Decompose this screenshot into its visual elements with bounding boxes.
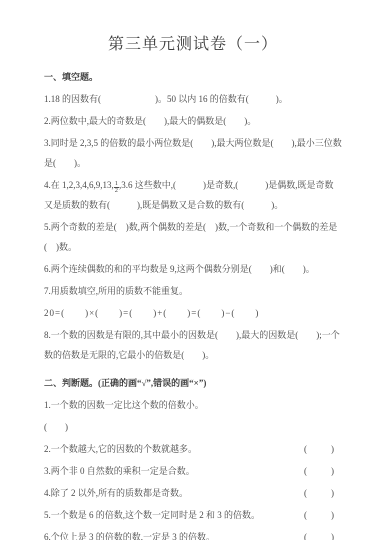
judge-item-1: 1.一个数的因数一定比这个数的倍数小。: [44, 395, 342, 415]
judge-answer-blank: ( ): [304, 461, 342, 481]
fill-item-4-pre: 4.在 1,2,3,4,6,9,13,: [44, 180, 114, 190]
section-judge-heading: 二、判断题。(正确的画“√”,错误的画“×”): [44, 373, 342, 393]
judge-answer-blank: ( ): [304, 439, 342, 459]
judge-item-text: 5.一个数是 6 的倍数,这个数一定同时是 2 和 3 的倍数。: [44, 505, 260, 525]
fill-item-8: 8.一个数的因数是有限的,其中最小的因数是( ),最大的因数是( );一个数的倍…: [44, 325, 342, 365]
page-content: 第三单元测试卷（一） 一、填空题。 1.18 的因数有( )。50 以内 16 …: [0, 0, 382, 540]
page-title: 第三单元测试卷（一）: [44, 36, 342, 54]
fill-item-3: 3.同时是 2,3,5 的倍数的最小两位数是( ),最大两位数是( ),最小三位…: [44, 133, 342, 173]
judge-item-2: 2.一个数越大,它的因数的个数就越多。( ): [44, 439, 342, 459]
fill-item-7: 7.用质数填空,所用的质数不能重复。: [44, 281, 342, 301]
judge-item-6: 6.个位上是 3 的倍数的数,一定是 3 的倍数。( ): [44, 527, 342, 540]
judge-item-3: 3.两个非 0 自然数的乘积一定是合数。( ): [44, 461, 342, 481]
judge-item-text: 2.一个数越大,它的因数的个数就越多。: [44, 439, 197, 459]
fill-item-6: 6.两个连续偶数的和的平均数是 9,这两个偶数分别是( )和( )。: [44, 259, 342, 279]
fill-item-4: 4.在 1,2,3,4,6,9,13,12,3.6 这些数中,( )是奇数,( …: [44, 175, 342, 215]
fill-item-5: 5.两个奇数的差是( )数,两个偶数的差是( )数,一个奇数和一个偶数的差是( …: [44, 217, 342, 257]
judge-item-text: 3.两个非 0 自然数的乘积一定是合数。: [44, 461, 195, 481]
judge-answer-blank: ( ): [304, 527, 342, 540]
judge-answer-blank: ( ): [304, 505, 342, 525]
judge-item-5: 5.一个数是 6 的倍数,这个数一定同时是 2 和 3 的倍数。( ): [44, 505, 342, 525]
judge-item-1-answer: ( ): [44, 417, 342, 437]
section-fill-heading: 一、填空题。: [44, 67, 342, 87]
fill-item-2: 2.两位数中,最大的奇数是( ),最大的偶数是( )。: [44, 111, 342, 131]
judge-answer-blank: ( ): [304, 483, 342, 503]
test-paper-page: 第三单元测试卷（一） 一、填空题。 1.18 的因数有( )。50 以内 16 …: [0, 0, 382, 540]
fill-item-1: 1.18 的因数有( )。50 以内 16 的倍数有( )。: [44, 89, 342, 109]
judge-item-text: 6.个位上是 3 的倍数的数,一定是 3 的倍数。: [44, 527, 215, 540]
judge-item-text: 4.除了 2 以外,所有的质数都是奇数。: [44, 483, 188, 503]
judge-item-4: 4.除了 2 以外,所有的质数都是奇数。( ): [44, 483, 342, 503]
fill-item-7-equation: 20=( )×( )=( )+( )=( )−( ): [44, 303, 342, 323]
